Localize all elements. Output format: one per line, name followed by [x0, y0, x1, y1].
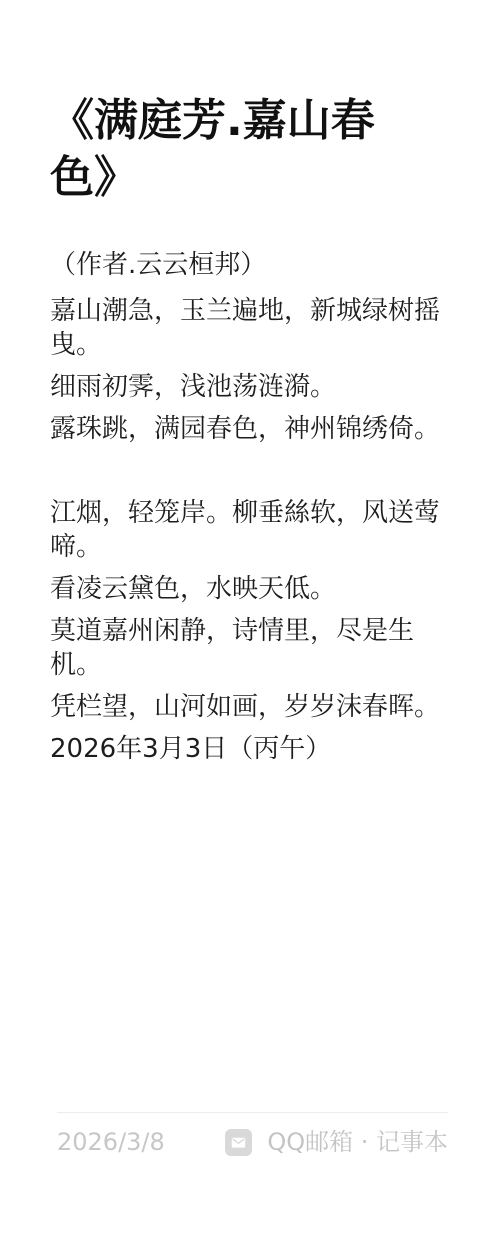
poem-line: [50, 454, 448, 488]
note-page: 《满庭芳.嘉山春色》 （作者.云云桓邦） 嘉山潮急，玉兰遍地，新城绿树摇曳。细雨…: [0, 0, 500, 1233]
poem-line: 细雨初霁，浅池荡涟漪。: [50, 370, 448, 404]
poem-line: 凭栏望，山河如画，岁岁沫春晖。: [50, 690, 448, 724]
poem-line: 看凌云黛色，水映天低。: [50, 572, 448, 606]
footer-brand: QQ邮箱 · 记事本: [225, 1128, 448, 1156]
note-author: （作者.云云桓邦）: [50, 248, 448, 282]
footer-app-name: QQ邮箱 · 记事本: [267, 1128, 448, 1156]
footer: 2026/3/8 QQ邮箱 · 记事本: [57, 1128, 448, 1156]
footer-date: 2026/3/8: [57, 1128, 165, 1156]
poem-line: 江烟，轻笼岸。柳垂絲软，风送莺啼。: [50, 496, 448, 564]
note-content: 《满庭芳.嘉山春色》 （作者.云云桓邦） 嘉山潮急，玉兰遍地，新城绿树摇曳。细雨…: [50, 0, 448, 774]
poem-line: 2026年3月3日（丙午）: [50, 732, 448, 766]
note-title: 《满庭芳.嘉山春色》: [50, 92, 418, 206]
poem-line: 莫道嘉州闲静，诗情里，尽是生机。: [50, 614, 448, 682]
poem-line: 嘉山潮急，玉兰遍地，新城绿树摇曳。: [50, 294, 448, 362]
envelope-icon: [225, 1129, 252, 1156]
poem-body: 嘉山潮急，玉兰遍地，新城绿树摇曳。细雨初霁，浅池荡涟漪。露珠跳，满园春色，神州锦…: [50, 294, 448, 766]
footer-divider: [57, 1112, 448, 1113]
poem-line: 露珠跳，满园春色，神州锦绣倚。: [50, 412, 448, 446]
